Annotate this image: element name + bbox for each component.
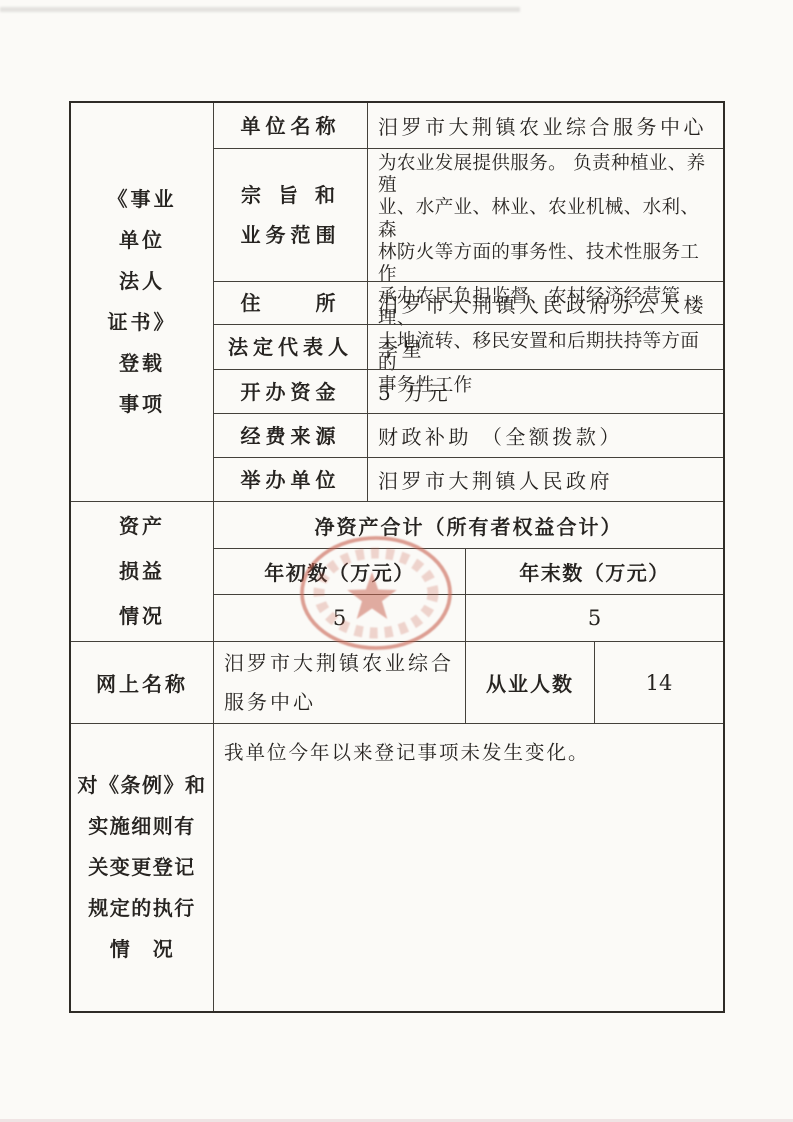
staff-count-label: 从业人数 xyxy=(466,642,595,723)
funding-source-value: 财政补助 （全额拨款） xyxy=(368,414,723,457)
assets-values-row: 5 5 xyxy=(214,595,723,641)
assets-subheader-row: 年初数（万元） 年末数（万元） xyxy=(214,549,723,595)
cert-section: 《事业 单位 法人 证书》 登载 事项 单位名称 汨罗市大荆镇农业综合服务中心 … xyxy=(71,103,723,502)
address-value: 汨罗市大荆镇人民政府办公大楼 xyxy=(368,282,723,324)
address-label: 住 所 xyxy=(214,282,368,324)
funding-source-label: 经费来源 xyxy=(214,414,368,457)
row-purpose-scope: 宗 旨 和 业务范围 为农业发展提供服务。 负责种植业、养殖 业、水产业、林业、… xyxy=(214,149,723,282)
assets-grid: 净资产合计（所有者权益合计） 年初数（万元） 年末数（万元） 5 5 xyxy=(214,502,723,641)
scan-artifact-top xyxy=(0,7,520,12)
sponsor-unit-label: 举办单位 xyxy=(214,458,368,501)
row-sponsor-unit: 举办单位 汨罗市大荆镇人民政府 xyxy=(214,458,723,501)
legal-representative-label: 法定代表人 xyxy=(214,325,368,369)
scanned-document-page: 《事业 单位 法人 证书》 登载 事项 单位名称 汨罗市大荆镇农业综合服务中心 … xyxy=(0,0,793,1122)
staff-count-value: 14 xyxy=(595,642,723,723)
online-name-value: 汨罗市大荆镇农业综合服务中心 xyxy=(214,642,466,723)
end-of-year-label: 年末数（万元） xyxy=(466,549,723,594)
opening-funds-value: 5 万元 xyxy=(368,370,723,413)
unit-name-label: 单位名称 xyxy=(214,103,368,148)
sponsor-unit-value: 汨罗市大荆镇人民政府 xyxy=(368,458,723,501)
cert-section-header: 《事业 单位 法人 证书》 登载 事项 xyxy=(71,103,214,501)
online-name-label: 网上名称 xyxy=(71,642,214,723)
row-opening-funds: 开办资金 5 万元 xyxy=(214,370,723,414)
online-name-section: 网上名称 汨罗市大荆镇农业综合服务中心 从业人数 14 xyxy=(71,642,723,724)
unit-name-value: 汨罗市大荆镇农业综合服务中心 xyxy=(368,103,723,148)
legal-representative-value: 李星 xyxy=(368,325,723,369)
row-unit-name: 单位名称 汨罗市大荆镇农业综合服务中心 xyxy=(214,103,723,149)
row-legal-representative: 法定代表人 李星 xyxy=(214,325,723,370)
purpose-scope-label: 宗 旨 和 业务范围 xyxy=(214,149,368,281)
compliance-section: 对《条例》和 实施细则有 关变更登记 规定的执行 情 况 我单位今年以来登记事项… xyxy=(71,724,723,1011)
opening-funds-label: 开办资金 xyxy=(214,370,368,413)
net-assets-title: 净资产合计（所有者权益合计） xyxy=(214,502,723,549)
begin-of-year-value: 5 xyxy=(214,595,466,641)
compliance-statement: 我单位今年以来登记事项未发生变化。 xyxy=(214,724,723,1011)
row-address: 住 所 汨罗市大荆镇人民政府办公大楼 xyxy=(214,282,723,325)
registration-table: 《事业 单位 法人 证书》 登载 事项 单位名称 汨罗市大荆镇农业综合服务中心 … xyxy=(69,101,725,1013)
cert-rows: 单位名称 汨罗市大荆镇农业综合服务中心 宗 旨 和 业务范围 为农业发展提供服务… xyxy=(214,103,723,501)
begin-of-year-label: 年初数（万元） xyxy=(214,549,466,594)
row-funding-source: 经费来源 财政补助 （全额拨款） xyxy=(214,414,723,458)
assets-section: 资产 损益 情况 净资产合计（所有者权益合计） 年初数（万元） 年末数（万元） … xyxy=(71,502,723,642)
compliance-section-header: 对《条例》和 实施细则有 关变更登记 规定的执行 情 况 xyxy=(71,724,214,1011)
purpose-scope-value: 为农业发展提供服务。 负责种植业、养殖 业、水产业、林业、农业机械、水利、森 林… xyxy=(368,149,723,281)
end-of-year-value: 5 xyxy=(466,595,723,641)
assets-section-header: 资产 损益 情况 xyxy=(71,502,214,641)
